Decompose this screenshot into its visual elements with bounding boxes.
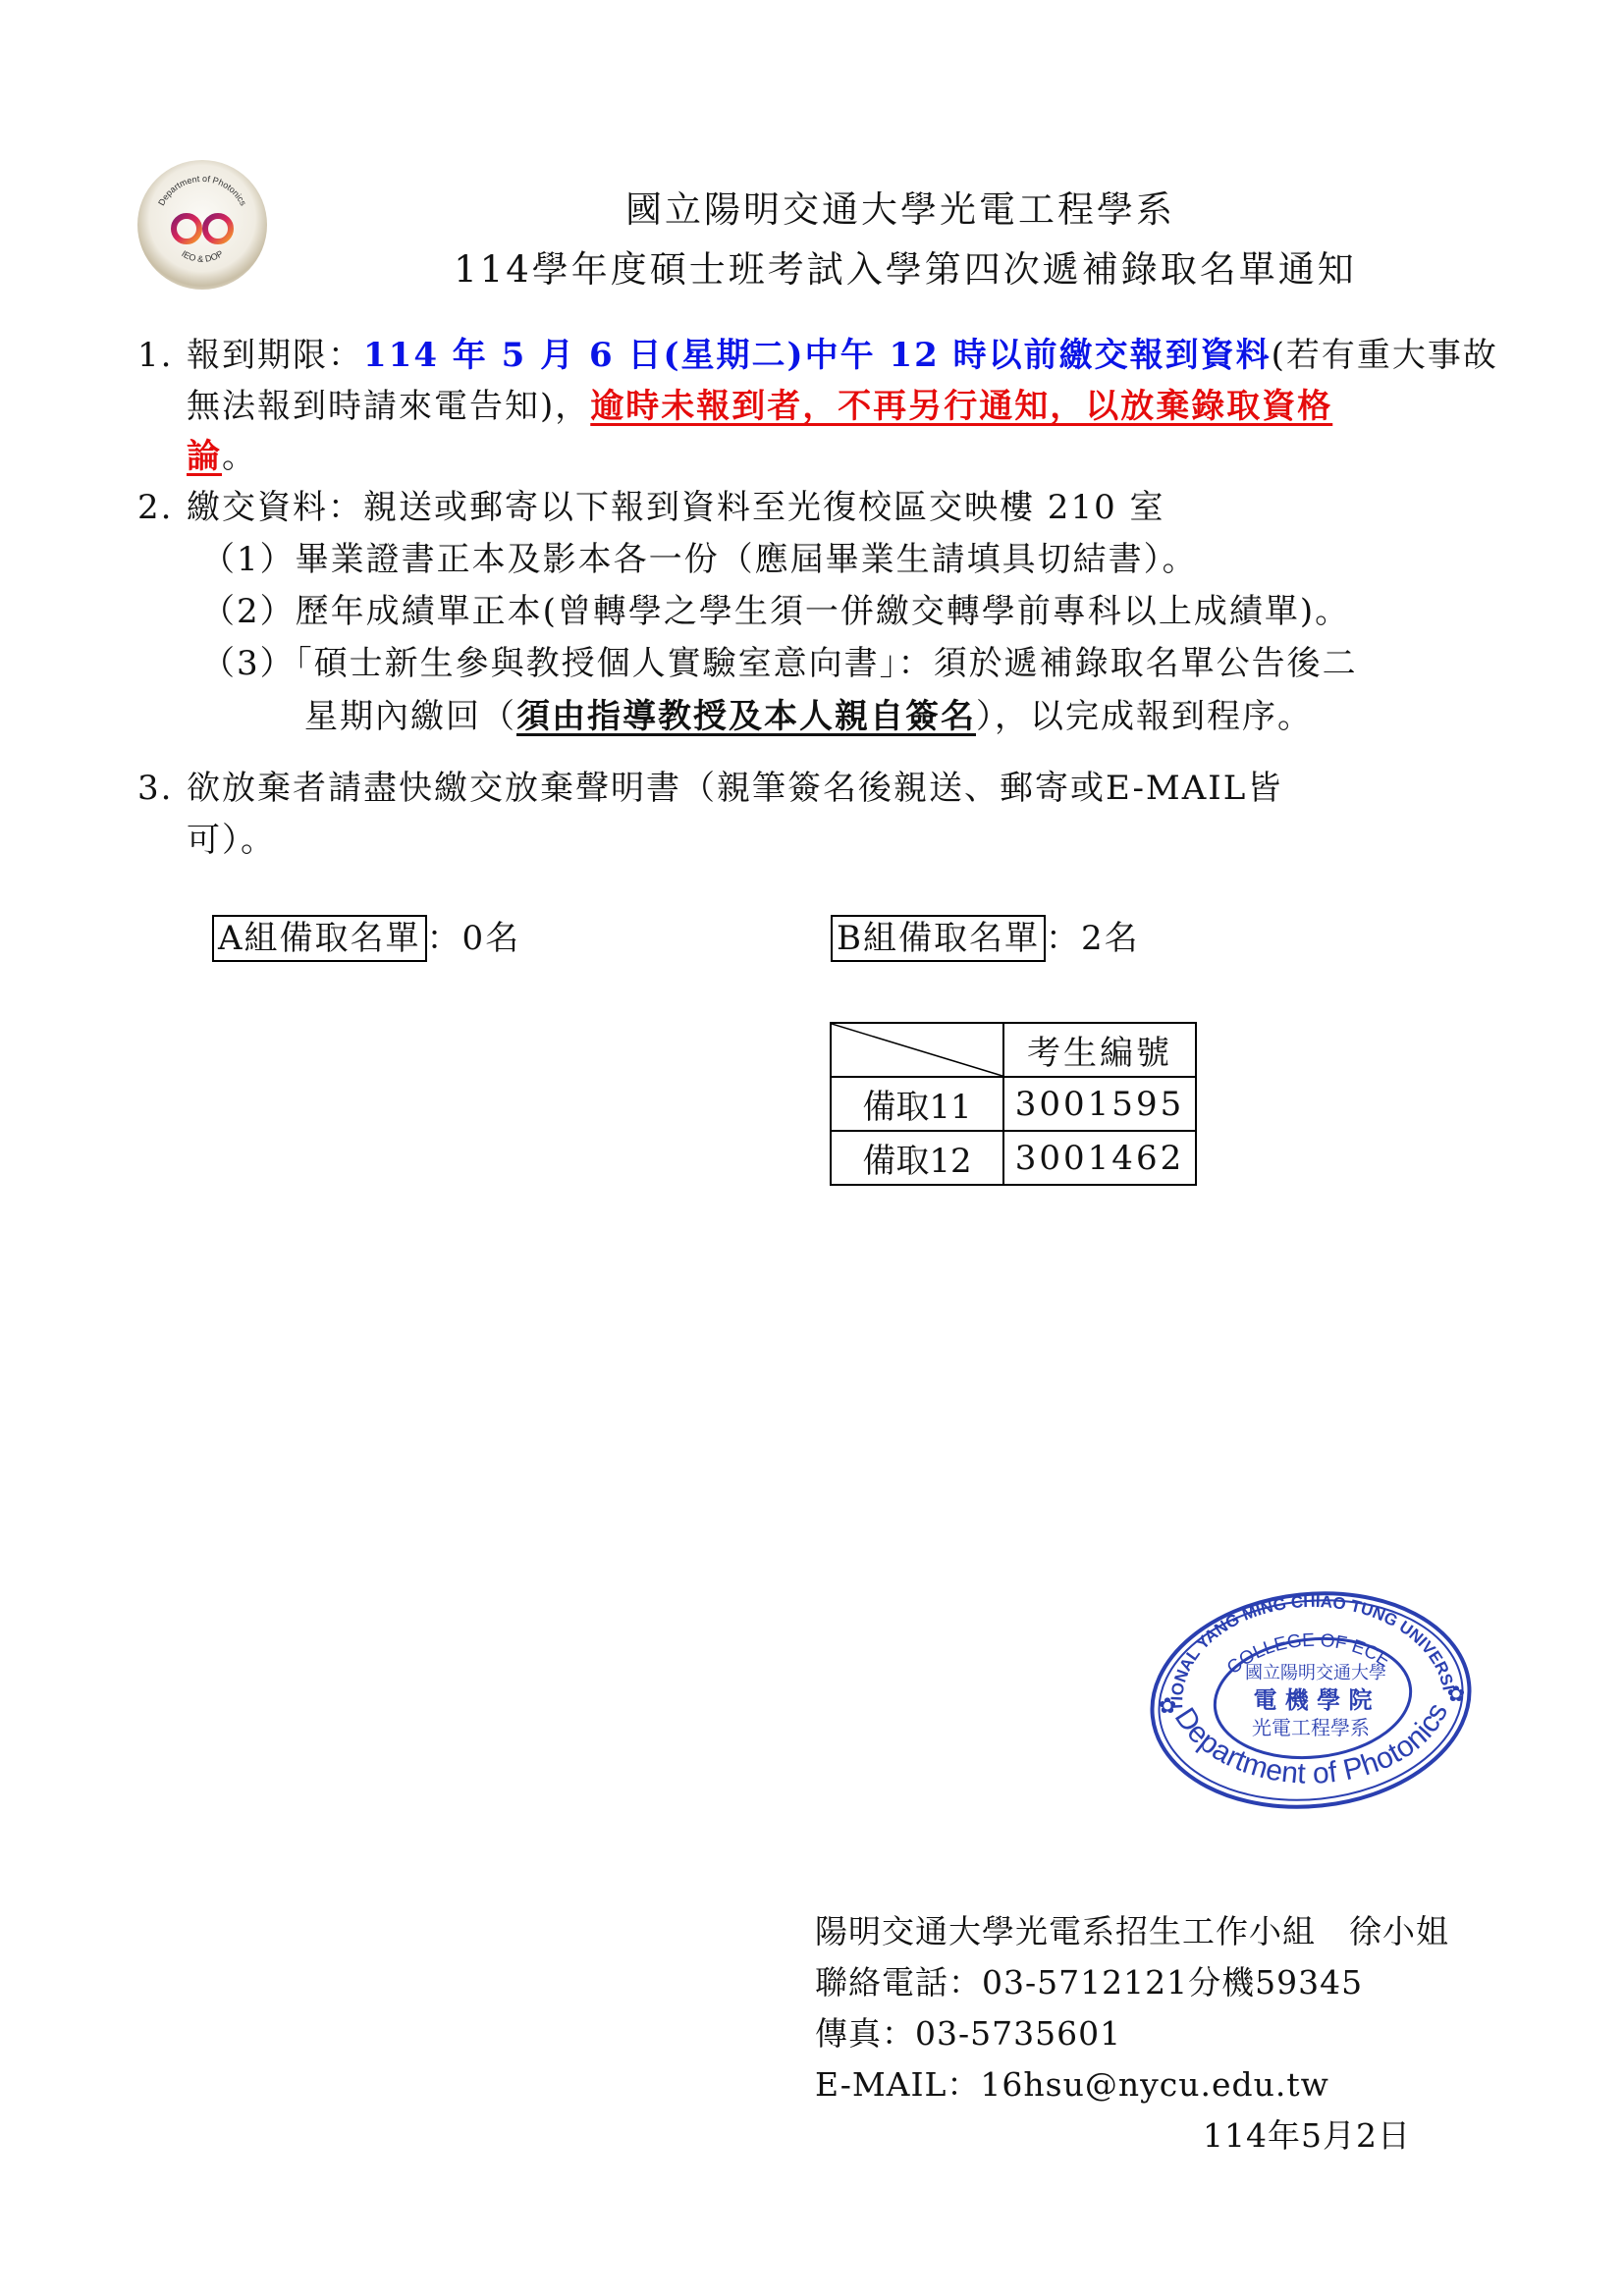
table-row: 備取12 3001462 bbox=[831, 1131, 1196, 1185]
item-1-line-2: 無法報到時請來電告知)，逾時未報到者，不再另行通知，以放棄錄取資格 bbox=[187, 387, 1332, 426]
diagonal-header-cell bbox=[831, 1023, 1003, 1077]
item-2-text: 繳交資料：親送或郵寄以下報到資料至光復校區交映樓 210 室 bbox=[187, 488, 1165, 527]
contact-fax: 傳真：03-5735601 bbox=[815, 2008, 1121, 2055]
subitem-3-line-1: （3）「碩士新生參與教授個人實驗室意向書」：須於遞補錄取名單公告後二 bbox=[201, 644, 1358, 683]
group-b-label: B組備取名單 bbox=[831, 915, 1046, 962]
item-3-line-2: 可）。 bbox=[187, 821, 276, 860]
department-seal: NATIONAL YANG MING CHIAO TUNG UNIVERSITY… bbox=[1144, 1585, 1478, 1816]
svg-text:✿: ✿ bbox=[1159, 1693, 1176, 1718]
table-header-row: 考生編號 bbox=[831, 1023, 1196, 1077]
item-number: 2. bbox=[137, 488, 173, 527]
svg-text:電 機 學 院: 電 機 學 院 bbox=[1253, 1686, 1372, 1714]
deadline-text: 114 年 5 月 6 日(星期二)中午 12 時以前繳交報到資料 bbox=[363, 336, 1272, 375]
signature-requirement: 須由指導教授及本人親自簽名 bbox=[516, 697, 976, 736]
exam-number: 3001595 bbox=[1003, 1077, 1196, 1131]
seal-icon: NATIONAL YANG MING CHIAO TUNG UNIVERSITY… bbox=[1144, 1585, 1478, 1816]
item-number: 1. bbox=[137, 336, 173, 375]
period: 。 bbox=[222, 437, 257, 476]
contact-phone: 聯絡電話：03-5712121分機59345 bbox=[815, 1957, 1363, 2003]
svg-text:國立陽明交通大學: 國立陽明交通大學 bbox=[1245, 1663, 1386, 1683]
contact-email: E-MAIL：16hsu@nycu.edu.tw bbox=[815, 2059, 1329, 2106]
diagonal-line-icon bbox=[832, 1024, 1002, 1076]
subitem-3-post: ），以完成報到程序。 bbox=[976, 697, 1313, 736]
item-1-note-cont: 無法報到時請來電告知)， bbox=[187, 387, 590, 426]
group-a: A組備取名單：0名 bbox=[212, 911, 520, 959]
subitem-3-line-2: 星期內繳回（須由指導教授及本人親自簽名），以完成報到程序。 bbox=[304, 697, 1313, 736]
candidate-table: 考生編號 備取11 3001595 備取12 3001462 bbox=[830, 1022, 1197, 1186]
item-1-note: (若有重大事故 bbox=[1272, 336, 1498, 375]
svg-text:✿: ✿ bbox=[1447, 1682, 1465, 1706]
group-a-count: ：0名 bbox=[427, 919, 521, 958]
notice-date: 114年5月2日 bbox=[1203, 2110, 1411, 2157]
exam-number: 3001462 bbox=[1003, 1131, 1196, 1185]
warning-text-cont: 論 bbox=[187, 437, 222, 476]
waitlist-rank: 備取12 bbox=[831, 1131, 1003, 1185]
group-b: B組備取名單：2名 bbox=[831, 911, 1140, 959]
group-a-label: A組備取名單 bbox=[212, 915, 427, 962]
table-row: 備取11 3001595 bbox=[831, 1077, 1196, 1131]
header-exam-number: 考生編號 bbox=[1003, 1023, 1196, 1077]
item-number: 3. bbox=[137, 769, 173, 808]
subitem-3-pre: 星期內繳回（ bbox=[304, 697, 516, 736]
subitem-1: （1）畢業證書正本及影本各一份（應屆畢業生請填具切結書）。 bbox=[201, 540, 1198, 579]
group-b-count: ：2名 bbox=[1046, 919, 1140, 958]
waitlist-rank: 備取11 bbox=[831, 1077, 1003, 1131]
item-3-text: 欲放棄者請盡快繳交放棄聲明書（親筆簽名後親送、郵寄或E-MAIL皆 bbox=[187, 769, 1282, 808]
title-university-department: 國立陽明交通大學光電工程學系 bbox=[0, 180, 1624, 233]
title-notice: 114學年度碩士班考試入學第四次遞補錄取名單通知 bbox=[0, 240, 1624, 293]
contact-org: 陽明交通大學光電系招生工作小組 徐小姐 bbox=[815, 1906, 1449, 1952]
item-1-label: 報到期限： bbox=[187, 336, 363, 375]
item-1-line-3: 論。 bbox=[187, 437, 257, 476]
subitem-2: （2）歷年成績單正本(曾轉學之學生須一併繳交轉學前專科以上成績單)。 bbox=[201, 592, 1350, 631]
warning-text: 逾時未報到者，不再另行通知，以放棄錄取資格 bbox=[590, 387, 1332, 426]
svg-text:光電工程學系: 光電工程學系 bbox=[1252, 1716, 1370, 1739]
